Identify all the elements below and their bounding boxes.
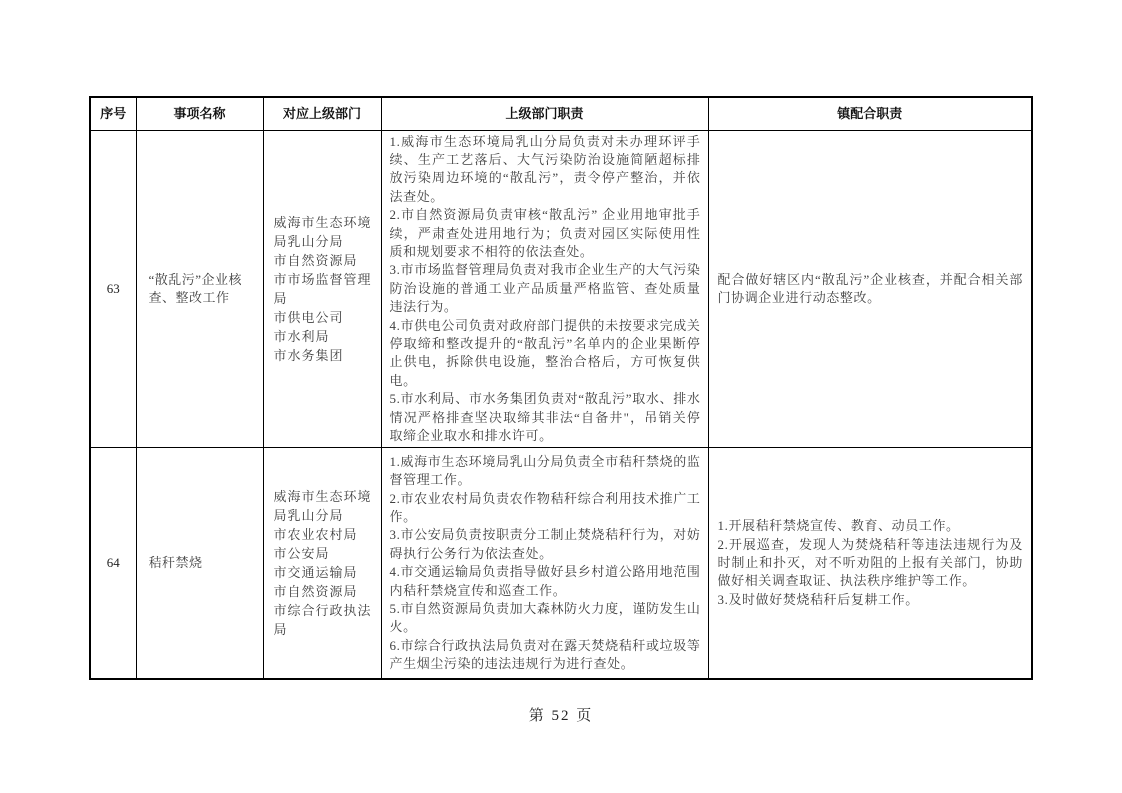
department-line: 市水务集团: [274, 346, 377, 365]
duty-item: 6.市综合行政执法局负责对在露天焚烧秸秆或垃圾等产生烟尘污染的违法违规行为进行查…: [390, 637, 701, 674]
header-item-name: 事项名称: [136, 97, 263, 130]
superior-duties-list: 1.威海市生态环境局乳山分局负责全市秸秆禁烧的监督管理工作。 2.市农业农村局负…: [381, 448, 708, 679]
town-duty-item: 2.开展巡查，发现人为焚烧秸秆等违法违规行为及时制止和扑灭，对不听劝阻的上报有关…: [718, 536, 1024, 591]
superior-departments-list: 威海市生态环境局乳山分局 市自然资源局 市市场监督管理局 市供电公司 市水利局 …: [263, 130, 381, 448]
page-number: 第 52 页: [0, 704, 1122, 725]
item-name: 秸秆禁烧: [136, 448, 263, 679]
department-line: 市交通运输局: [274, 563, 377, 582]
department-line: 市自然资源局: [274, 582, 377, 601]
serial-number: 63: [90, 130, 136, 448]
serial-number: 64: [90, 448, 136, 679]
department-line: 市综合行政执法局: [274, 601, 377, 639]
duty-item: 1.威海市生态环境局乳山分局负责全市秸秆禁烧的监督管理工作。: [390, 453, 701, 490]
department-line: 市水利局: [274, 327, 377, 346]
table-row: 64 秸秆禁烧 威海市生态环境局乳山分局 市农业农村局 市公安局 市交通运输局 …: [90, 448, 1032, 679]
duty-item: 4.市供电公司负责对政府部门提供的未按要求完成关停取缔和整改提升的“散乱污”名单…: [390, 317, 701, 391]
town-duty-item: 1.开展秸秆禁烧宣传、教育、动员工作。: [718, 517, 1024, 535]
duty-item: 2.市农业农村局负责农作物秸秆综合利用技术推广工作。: [390, 490, 701, 527]
duty-item: 3.市公安局负责按职责分工制止焚烧秸秆行为，对妨碍执行公务行为依法查处。: [390, 526, 701, 563]
document-page: 序号 事项名称 对应上级部门 上级部门职责 镇配合职责 63 “散乱污”企业核查…: [0, 0, 1122, 793]
superior-departments-list: 威海市生态环境局乳山分局 市农业农村局 市公安局 市交通运输局 市自然资源局 市…: [263, 448, 381, 679]
department-line: 市市场监督管理局: [274, 270, 377, 308]
header-superior-department: 对应上级部门: [263, 97, 381, 130]
table-row: 63 “散乱污”企业核查、整改工作 威海市生态环境局乳山分局 市自然资源局 市市…: [90, 130, 1032, 448]
department-line: 市公安局: [274, 544, 377, 563]
duty-item: 2.市自然资源局负责审核“散乱污” 企业用地审批手续，严肃查处进用地行为；负责对…: [390, 206, 701, 261]
department-line: 威海市生态环境局乳山分局: [274, 487, 377, 525]
superior-duties-list: 1.威海市生态环境局乳山分局负责对未办理环评手续、生产工艺落后、大气污染防治设施…: [381, 130, 708, 448]
duty-item: 5.市水利局、市水务集团负责对“散乱污”取水、排水情况严格排查坚决取缔其非法“自…: [390, 390, 701, 445]
duty-item: 1.威海市生态环境局乳山分局负责对未办理环评手续、生产工艺落后、大气污染防治设施…: [390, 133, 701, 207]
header-serial-number: 序号: [90, 97, 136, 130]
duty-item: 5.市自然资源局负责加大森林防火力度，谨防发生山火。: [390, 600, 701, 637]
header-superior-duties: 上级部门职责: [381, 97, 708, 130]
duty-assignment-table: 序号 事项名称 对应上级部门 上级部门职责 镇配合职责 63 “散乱污”企业核查…: [89, 96, 1033, 680]
town-duties-list: 1.开展秸秆禁烧宣传、教育、动员工作。 2.开展巡查，发现人为焚烧秸秆等违法违规…: [708, 448, 1032, 679]
department-line: 市自然资源局: [274, 251, 377, 270]
header-town-duties: 镇配合职责: [708, 97, 1032, 130]
table-header-row: 序号 事项名称 对应上级部门 上级部门职责 镇配合职责: [90, 97, 1032, 130]
department-line: 威海市生态环境局乳山分局: [274, 213, 377, 251]
department-line: 市供电公司: [274, 308, 377, 327]
department-line: 市农业农村局: [274, 525, 377, 544]
town-duty-item: 3.及时做好焚烧秸秆后复耕工作。: [718, 591, 1024, 609]
town-duties-list: 配合做好辖区内“散乱污”企业核查，并配合相关部门协调企业进行动态整改。: [708, 130, 1032, 448]
duty-item: 4.市交通运输局负责指导做好县乡村道公路用地范围内秸秆禁烧宣传和巡查工作。: [390, 563, 701, 600]
town-duty-item: 配合做好辖区内“散乱污”企业核查，并配合相关部门协调企业进行动态整改。: [718, 271, 1024, 308]
item-name: “散乱污”企业核查、整改工作: [136, 130, 263, 448]
duty-item: 3.市市场监督管理局负责对我市企业生产的大气污染防治设施的普通工业产品质量严格监…: [390, 261, 701, 316]
